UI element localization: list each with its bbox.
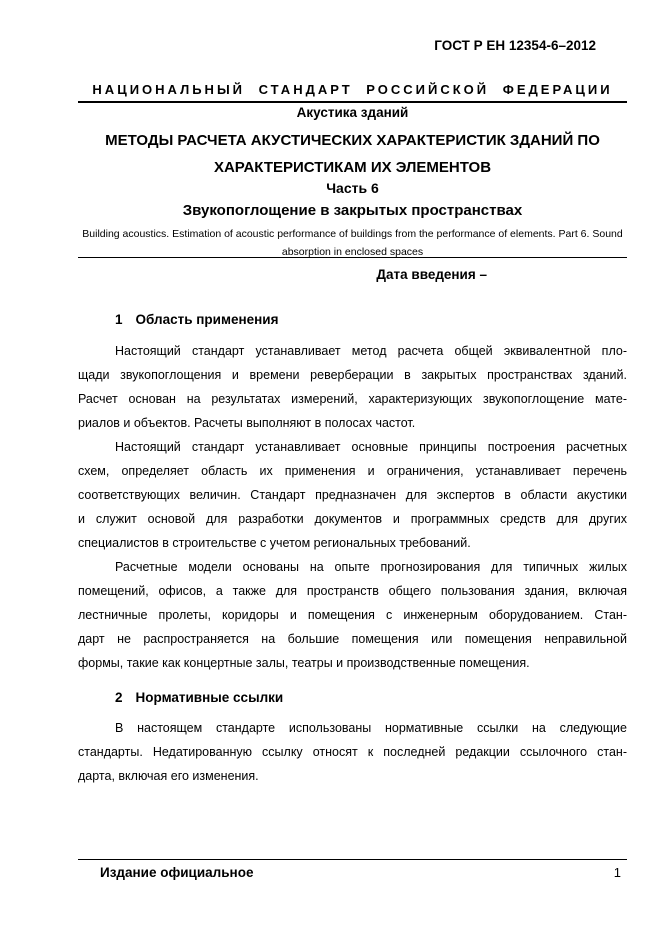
paragraph-line: Расчетные модели основаны на опыте прогн… (78, 555, 627, 579)
section-number: 1 (115, 312, 123, 327)
paragraph-line: Расчет основан на результатах измерений,… (78, 387, 627, 411)
subtitle: Звукопоглощение в закрытых пространствах (78, 202, 627, 219)
paragraph-line: формы, такие как концертные залы, театры… (78, 651, 627, 675)
section-2-body: В настоящем стандарте использованы норма… (78, 716, 627, 788)
document-page: ГОСТ Р ЕН 12354-6–2012 НАЦИОНАЛЬНЫЙ СТАН… (0, 0, 661, 935)
document-code: ГОСТ Р ЕН 12354-6–2012 (78, 38, 627, 53)
paragraph-line: соответствующих величин. Стандарт предна… (78, 483, 627, 507)
section-1-body: Настоящий стандарт устанавливает метод р… (78, 339, 627, 675)
english-title: Building acoustics. Estimation of acoust… (78, 225, 627, 261)
paragraph-line: Настоящий стандарт устанавливает метод р… (78, 339, 627, 363)
paragraph-line: риалов и объектов. Расчеты выполняют в п… (78, 411, 627, 435)
paragraph-line: стандарты. Недатированную ссылку относят… (78, 740, 627, 764)
paragraph-line: схем, определяет область их применения и… (78, 459, 627, 483)
paragraph-line: и служит основой для разработки документ… (78, 507, 627, 531)
paragraph-line: дарт не распространяется на большие поме… (78, 627, 627, 651)
header-separator-rule (78, 257, 627, 258)
paragraph-line: дарта, включая его изменения. (78, 764, 627, 788)
page-number: 1 (78, 865, 627, 880)
part-label: Часть 6 (78, 180, 627, 196)
paragraph-line: лестничные пролеты, коридоры и помещения… (78, 603, 627, 627)
paragraph-line: щади звукопоглощения и времени ревербера… (78, 363, 627, 387)
paragraph-line: В настоящем стандарте использованы норма… (78, 716, 627, 740)
section-title: Область применения (136, 312, 279, 327)
effective-date-label: Дата введения – (78, 267, 627, 282)
section-2-heading: 2Нормативные ссылки (78, 690, 661, 705)
paragraph-line: Настоящий стандарт устанавливает основны… (78, 435, 627, 459)
paragraph-line: специалистов в строительстве с учетом ре… (78, 531, 627, 555)
english-title-line: Building acoustics. Estimation of acoust… (78, 225, 627, 243)
section-1-heading: 1Область применения (78, 312, 661, 327)
subject-title: Акустика зданий (78, 105, 627, 120)
footer-rule (78, 859, 627, 860)
main-title: МЕТОДЫ РАСЧЕТА АКУСТИЧЕСКИХ ХАРАКТЕРИСТИ… (78, 127, 627, 181)
section-number: 2 (115, 690, 123, 705)
paragraph-line: помещений, офисов, а также для пространс… (78, 579, 627, 603)
english-title-line: absorption in enclosed spaces (78, 243, 627, 261)
national-standard-heading: НАЦИОНАЛЬНЫЙ СТАНДАРТ РОССИЙСКОЙ ФЕДЕРАЦ… (78, 82, 627, 103)
section-title: Нормативные ссылки (136, 690, 284, 705)
